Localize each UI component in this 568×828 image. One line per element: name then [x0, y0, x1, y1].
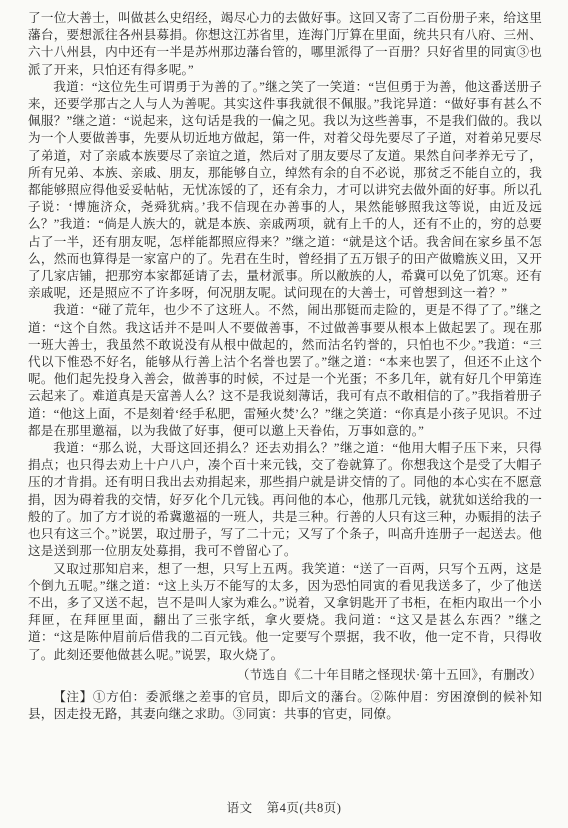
exam-page: 了一位大善士，叫做甚么史绍经，竭尽心力的去做好事。这回又寄了二百份册子来，给这里…: [0, 0, 568, 828]
passage-paragraph-1: 了一位大善士，叫做甚么史绍经，竭尽心力的去做好事。这回又寄了二百份册子来，给这里…: [28, 10, 542, 79]
footnote: 【注】①方伯：委派继之差事的官员，即后文的藩台。②陈仲眉：穷困潦倒的候补知县，因…: [28, 689, 542, 723]
passage-paragraph-2: 我道：“这位先生可谓勇于为善的了。”继之笑了一笑道：“岂但勇于为善，他这番送册子…: [28, 79, 542, 303]
footer-subject-label: 语文: [227, 801, 253, 815]
footer-page-number: 第4页(共8页): [267, 801, 342, 815]
passage: 了一位大善士，叫做甚么史绍经，竭尽心力的去做好事。这回又寄了二百份册子来，给这里…: [28, 10, 542, 723]
page-footer: 语文第4页(共8页): [0, 798, 568, 816]
passage-paragraph-4: 我道：“那么说，大哥这回还捐么？还去劝捐么？”继之道：“他用大帽子压下来，只得捐…: [28, 440, 542, 560]
passage-paragraph-3: 我道：“碰了荒年，也少不了这班人。不然，闹出那铤而走险的，更是不得了了。”继之道…: [28, 302, 542, 440]
passage-paragraph-5: 又取过那知启来，想了一想，只写上五两。我笑道：“送了一百两，只写个五两，这是个倒…: [28, 561, 542, 664]
source-citation: （节选自《二十年目睹之怪现状·第十五回》，有删改）: [28, 666, 542, 685]
